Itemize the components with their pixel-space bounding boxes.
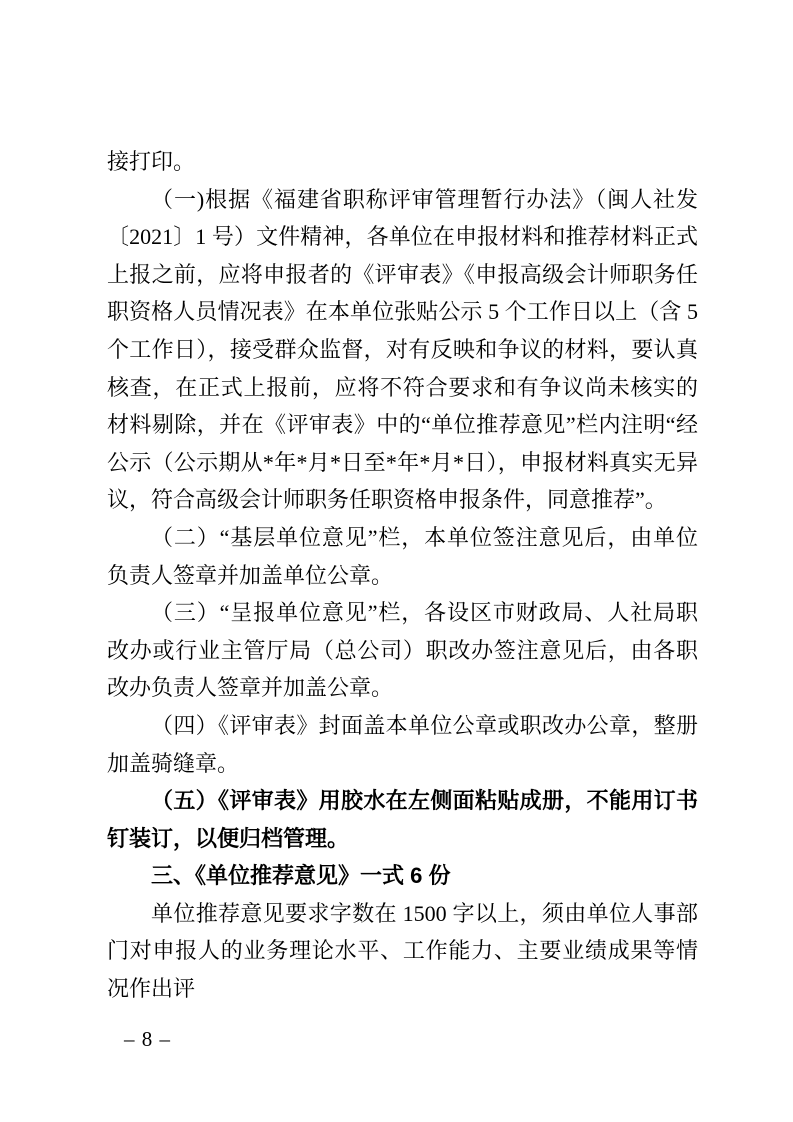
- paragraph-continuation: 接打印。: [107, 143, 698, 181]
- document-page: 接打印。 （一)根据《福建省职称评审管理暂行办法》（闽人社发〔2021〕1 号）…: [0, 0, 793, 1122]
- paragraph-body-last: 单位推荐意见要求字数在 1500 字以上，须由单位人事部门对申报人的业务理论水平…: [107, 895, 698, 1008]
- paragraph-item-4: （四）《评审表》封面盖本单位公章或职改办公章，整册加盖骑缝章。: [107, 707, 698, 782]
- paragraph-item-2: （二）“基层单位意见”栏，本单位签注意见后，由单位负责人签章并加盖单位公章。: [107, 519, 698, 594]
- page-number: – 8 –: [124, 1027, 171, 1052]
- paragraph-item-1: （一)根据《福建省职称评审管理暂行办法》（闽人社发〔2021〕1 号）文件精神，…: [107, 181, 698, 519]
- paragraph-item-5-emphasis: （五）《评审表》用胶水在左侧面粘贴成册，不能用订书钉装订，以便归档管理。: [107, 782, 698, 857]
- paragraph-item-3: （三）“呈报单位意见”栏，各设区市财政局、人社局职改办或行业主管厅局（总公司）职…: [107, 594, 698, 707]
- section-heading: 三、《单位推荐意见》一式 6 份: [107, 857, 698, 895]
- document-body: 接打印。 （一)根据《福建省职称评审管理暂行办法》（闽人社发〔2021〕1 号）…: [107, 143, 698, 1008]
